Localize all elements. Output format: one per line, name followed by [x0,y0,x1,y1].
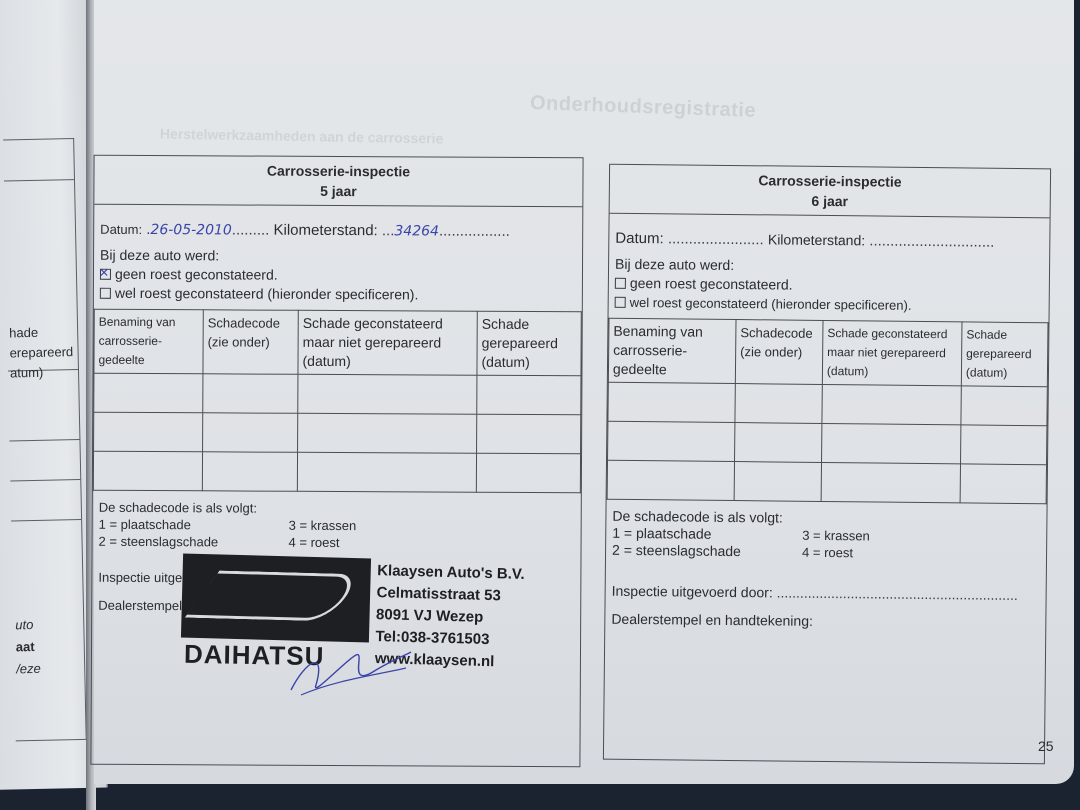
option-wel-roest[interactable]: wel roest geconstateerd (hieronder speci… [615,293,1043,316]
checkbox-checked-icon[interactable] [100,269,111,280]
table-row [607,460,1046,504]
left-fragment: hade [9,325,38,341]
rust-options: Bij deze auto werd: geen roest geconstat… [94,242,582,306]
damage-code-legend: De schadecode is als volgt: 1 = plaatsch… [92,491,580,561]
km-value[interactable]: 34264 [394,223,439,239]
datum-row: Datum: .26-05-2010......... Kilometersta… [94,205,582,245]
damage-table: Benaming van carrosserie-gedeelte Schade… [93,309,582,494]
option-geen-roest[interactable]: geen roest geconstateerd. [100,265,576,286]
damage-table: Benaming van carrosserie-gedeelte Schade… [607,318,1049,505]
left-fragment: aat [16,639,35,654]
table-row [94,412,581,454]
checkbox-icon[interactable] [615,297,626,308]
option-wel-roest[interactable]: wel roest geconstateerd (hieronder speci… [100,284,576,305]
stamp-row: Dealerstempel en handtekening: [605,611,1045,632]
table-row [608,421,1047,465]
table-row [93,451,580,493]
signature-icon [286,640,416,700]
left-fragment: atum) [10,365,44,381]
checkbox-icon[interactable] [615,278,626,289]
form-title: Carrosserie-inspectie 5 jaar [94,156,582,208]
page-number: 25 [1038,738,1054,754]
left-fragment: erepareerd [9,344,73,360]
table-row [94,373,581,415]
inspection-form-6-jaar: Carrosserie-inspectie 6 jaar Datum: ....… [603,164,1051,765]
damage-code-legend: De schadecode is als volgt: 1 = plaatsch… [606,500,1047,572]
table-row [608,382,1047,426]
datum-row: Datum: ....................... Kilometer… [609,214,1049,256]
rust-options: Bij deze auto werd: geen roest geconstat… [609,251,1050,317]
daihatsu-logo-icon [181,554,371,643]
left-fragment: /eze [16,661,41,677]
form-title: Carrosserie-inspectie 6 jaar [610,165,1050,219]
datum-value[interactable]: 26-05-2010 [150,222,231,238]
inspected-by-row: Inspectie uitgevoerd door: .............… [606,583,1046,604]
checkbox-icon[interactable] [100,288,111,299]
left-fragment: uto [15,617,33,632]
